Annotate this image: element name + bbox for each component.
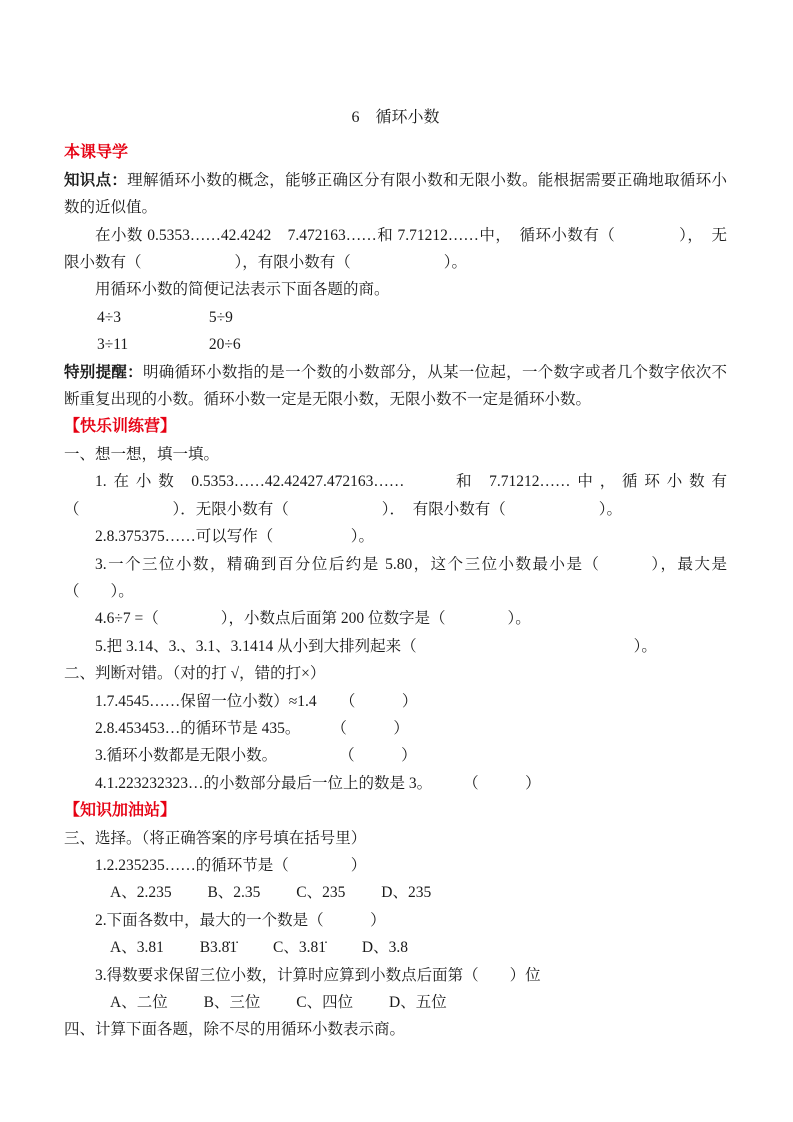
choice-option: C、四位 [296,989,353,1016]
knowledge-point-paragraph: 知识点：理解循环小数的概念，能够正确区分有限小数和无限小数。能根据需要正确地取循… [64,167,727,222]
choice-option: B、2.35 [207,879,260,906]
choice-option: A、3.81 [110,934,164,961]
division-problem-4: 20÷6 [209,331,317,358]
fill-item-2: 2.8.375375……可以写作（ ）。 [64,523,727,550]
choice-question-1-stem: 1.2.235235……的循环节是（ ） [64,852,727,879]
choice-option: D、3.8 [362,934,408,961]
fill-item-1: 1.在小数 0.5353……42.42427.472163…… 和 7.7121… [64,468,727,523]
section-three-title: 三、选择。（将正确答案的序号填在括号里） [64,825,727,852]
reminder-label: 特别提醒： [64,364,143,381]
division-problems-row-1: 4÷3 5÷9 [64,304,727,331]
knowledge-point-text: 理解循环小数的概念，能够正确区分有限小数和无限小数。能根据需要正确地取循环小数的… [64,172,727,216]
worksheet-page: 6 循环小数 本课导学 知识点：理解循环小数的概念，能够正确区分有限小数和无限小… [0,0,793,1122]
reminder-paragraph: 特别提醒：明确循环小数指的是一个数的小数部分，从某一位起，一个数字或者几个数字依… [64,359,727,414]
judge-item-1: 1.7.4545……保留一位小数）≈1.4 （ ） [64,688,727,715]
section-four-title: 四、计算下面各题，除不尽的用循环小数表示商。 [64,1016,727,1043]
camp-heading: 【快乐训练营】 [64,413,727,440]
choice-option: A、二位 [110,989,168,1016]
judge-item-2: 2.8.453453…的循环节是 435。 （ ） [64,715,727,742]
lead-heading: 本课导学 [64,139,727,166]
page-title: 6 循环小数 [64,104,727,131]
section-one-title: 一、想一想，填一填。 [64,441,727,468]
choice-question-2-stem: 2.下面各数中，最大的一个数是（ ） [64,907,727,934]
choice-option: B、三位 [204,989,261,1016]
judge-item-4: 4.1.223232323…的小数部分最后一位上的数是 3。 （ ） [64,770,727,797]
lead-fill-blanks-paragraph: 在小数 0.5353……42.4242 7.472163……和 7.71212…… [64,222,727,277]
station-heading: 【知识加油站】 [64,797,727,824]
choice-question-3-options: A、二位 B、三位 C、四位 D、五位 [64,989,727,1016]
fill-item-3: 3.一个三位小数，精确到百分位后约是 5.80，这个三位小数最小是（ ），最大是… [64,551,727,606]
division-problem-2: 5÷9 [209,304,317,331]
choice-option: B3.8̇1̇ [200,934,237,961]
choice-option: C、3.81̇ [273,934,326,961]
reminder-text: 明确循环小数指的是一个数的小数部分，从某一位起，一个数字或者几个数字依次不断重复… [64,364,727,408]
choice-option: A、2.235 [110,879,172,906]
choice-option: D、235 [381,879,431,906]
choice-option: C、235 [296,879,345,906]
choice-question-2-options: A、3.81 B3.8̇1̇ C、3.81̇ D、3.8 [64,934,727,961]
fill-item-5: 5.把 3.14、3.、3.1、3.1414 从小到大排列起来（ ）。 [64,633,727,660]
choice-question-3-stem: 3.得数要求保留三位小数，计算时应算到小数点后面第（ ）位 [64,962,727,989]
section-two-title: 二、判断对错。（对的打 √，错的打×） [64,660,727,687]
fill-item-4: 4.6÷7 =（ ），小数点后面第 200 位数字是（ ）。 [64,605,727,632]
division-problems-row-2: 3÷11 20÷6 [64,331,727,358]
choice-option: D、五位 [389,989,447,1016]
choice-question-1-options: A、2.235 B、2.35 C、235 D、235 [64,879,727,906]
division-problem-1: 4÷3 [97,304,205,331]
knowledge-point-label: 知识点： [64,172,127,189]
lead-method-paragraph: 用循环小数的简便记法表示下面各题的商。 [64,276,727,303]
division-problem-3: 3÷11 [97,331,205,358]
judge-item-3: 3.循环小数都是无限小数。 （ ） [64,742,727,769]
